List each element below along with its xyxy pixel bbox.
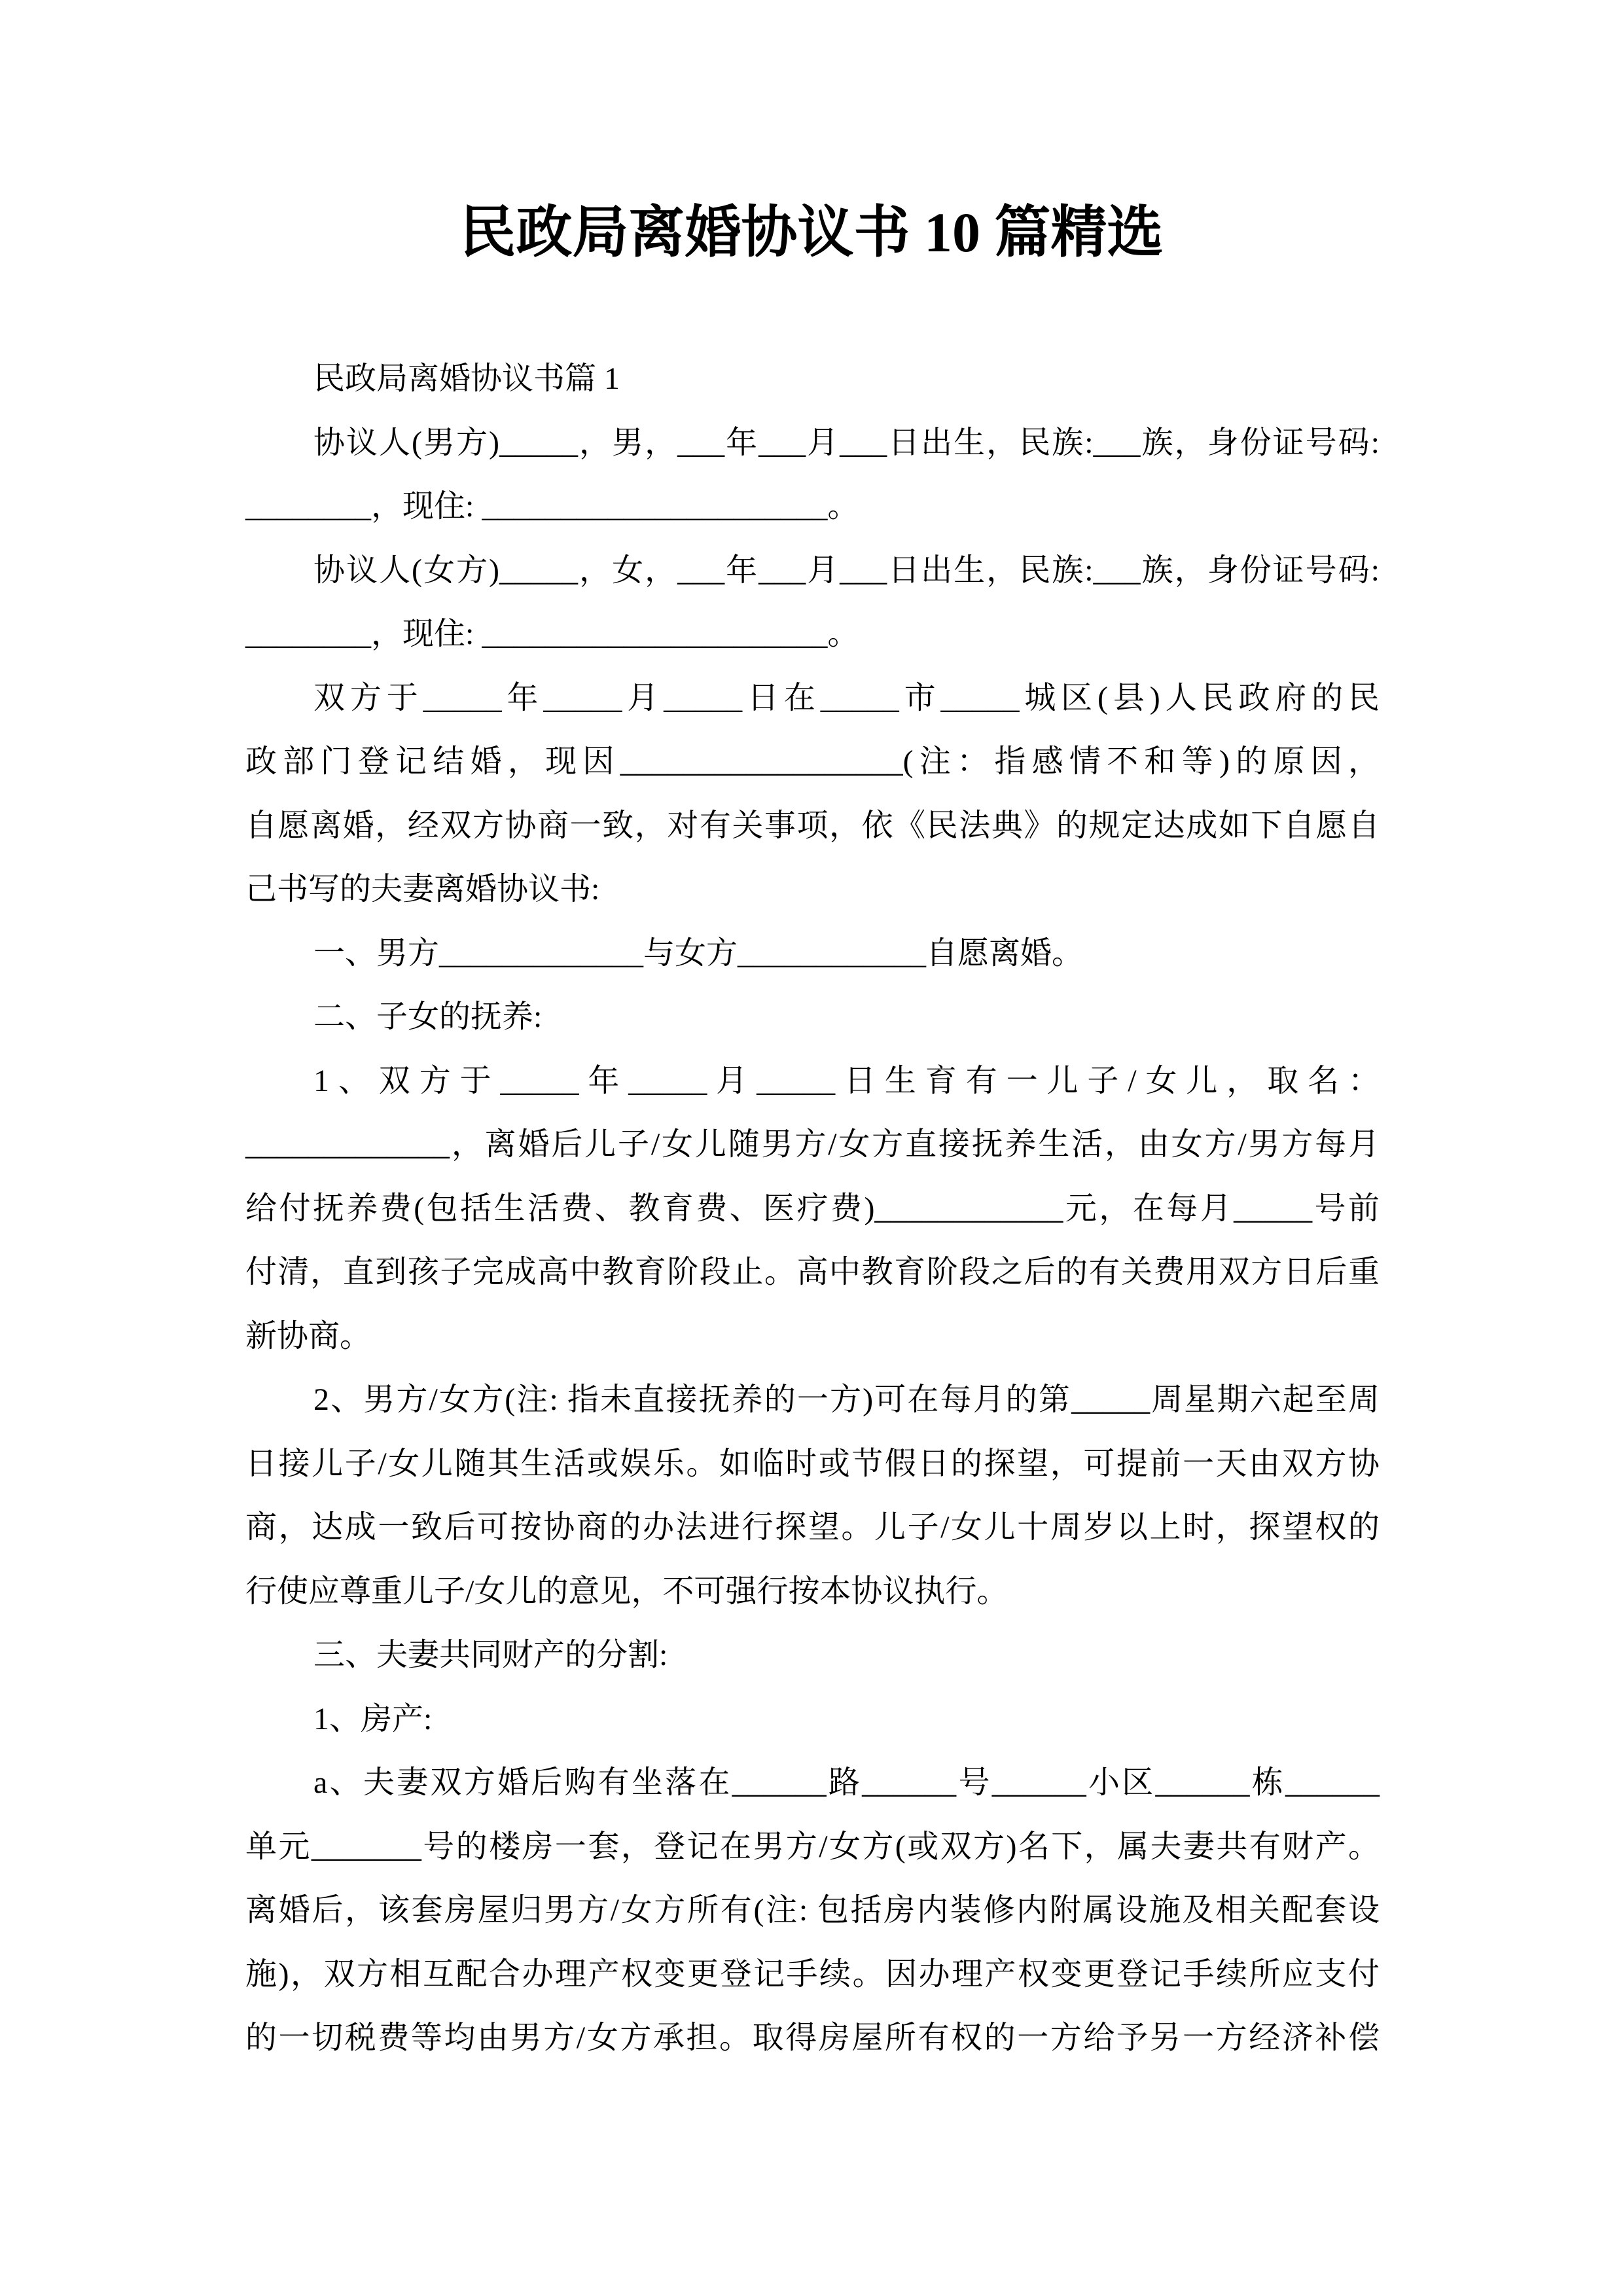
text-line: 单元_______号的楼房一套，登记在男方/女方(或双方)名下，属夫妻共有财产。	[245, 1815, 1380, 1879]
text-line: 新协商。	[245, 1304, 1380, 1369]
document-title: 民政局离婚协议书 10 篇精选	[0, 0, 1623, 268]
text-line: 自愿离婚，经双方协商一致，对有关事项，依《民法典》的规定达成如下自愿自	[245, 794, 1380, 858]
text-line: 施)，双方相互配合办理产权变更登记手续。因办理产权变更登记手续所应支付	[245, 1943, 1380, 2007]
text-line: 给付抚养费(包括生活费、教育费、医疗费)____________元，在每月___…	[245, 1177, 1380, 1241]
text-line: 离婚后，该套房屋归男方/女方所有(注: 包括房内装修内附属设施及相关配套设	[245, 1878, 1380, 1943]
document-page: 民政局离婚协议书 10 篇精选 民政局离婚协议书篇 1 协议人(男方)_____…	[0, 0, 1623, 2296]
text-line-clause-1: 一、男方_____________与女方____________自愿离婚。	[245, 922, 1380, 986]
text-line-section-heading: 民政局离婚协议书篇 1	[245, 347, 1380, 411]
text-line: 己书写的夫妻离婚协议书:	[245, 857, 1380, 922]
text-line: 政部门登记结婚，现因__________________(注：指感情不和等)的原…	[245, 730, 1380, 794]
text-line-clause-2: 二、子女的抚养:	[245, 985, 1380, 1049]
text-line: 2、男方/女方(注: 指未直接抚养的一方)可在每月的第_____周星期六起至周	[245, 1368, 1380, 1432]
document-body: 民政局离婚协议书篇 1 协议人(男方)_____，男，___年___月___日出…	[245, 347, 1380, 2070]
text-line: 的一切税费等均由男方/女方承担。取得房屋所有权的一方给予另一方经济补偿	[245, 2006, 1380, 2070]
text-line: 日接儿子/女儿随其生活或娱乐。如临时或节假日的探望，可提前一天由双方协	[245, 1432, 1380, 1496]
text-line: a、夫妻双方婚后购有坐落在______路______号______小区_____…	[245, 1751, 1380, 1815]
text-line-clause-3: 三、夫妻共同财产的分割:	[245, 1623, 1380, 1687]
text-line: 付清，直到孩子完成高中教育阶段止。高中教育阶段之后的有关费用双方日后重	[245, 1240, 1380, 1304]
text-line: 双方于_____年_____月_____日在_____市_____城区(县)人民…	[245, 666, 1380, 730]
text-line: 1、房产:	[245, 1687, 1380, 1751]
text-line: 行使应尊重儿子/女儿的意见，不可强行按本协议执行。	[245, 1560, 1380, 1624]
text-line: ________，现住: ______________________。	[245, 475, 1380, 539]
text-line: _____________，离婚后儿子/女儿随男方/女方直接抚养生活，由女方/男…	[245, 1113, 1380, 1177]
text-line: 协议人(女方)_____，女，___年___月___日出生，民族:___族，身份…	[245, 539, 1380, 603]
text-line: 商，达成一致后可按协商的办法进行探望。儿子/女儿十周岁以上时，探望权的	[245, 1496, 1380, 1560]
text-line: ________，现住: ______________________。	[245, 602, 1380, 666]
text-line: 协议人(男方)_____，男，___年___月___日出生，民族:___族，身份…	[245, 411, 1380, 475]
text-line: 1、双方于_____年_____月_____日生育有一儿子/女儿，取名：	[245, 1049, 1380, 1113]
